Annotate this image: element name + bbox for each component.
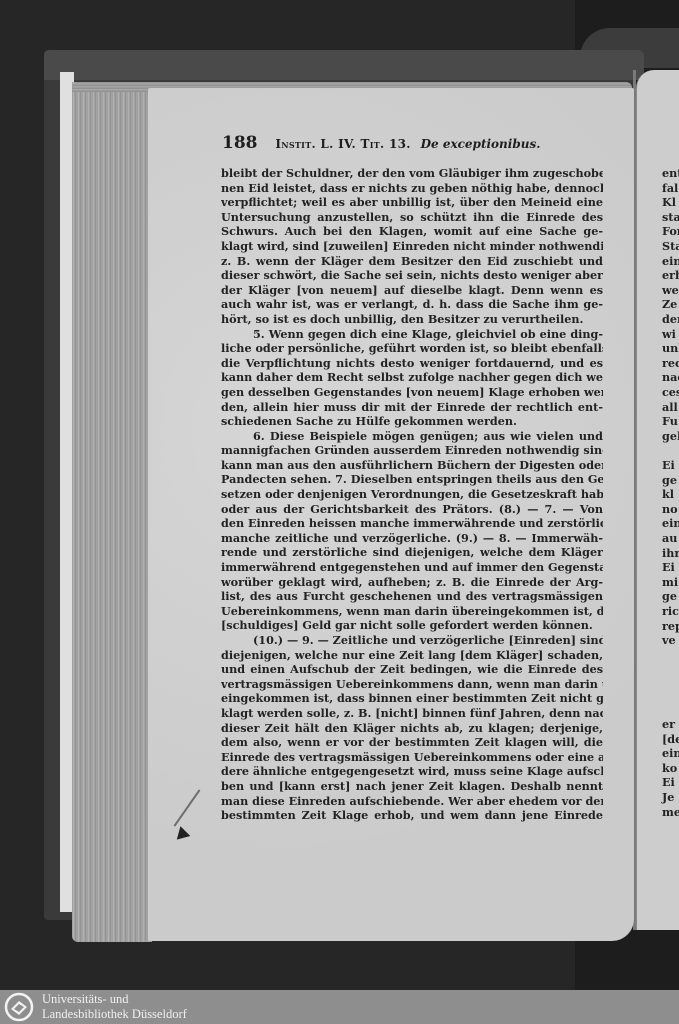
text-line: dere ähnliche entgegengesetzt wird, muss… (221, 764, 603, 779)
facing-text-fragment: geh (662, 429, 679, 444)
text-line: Einrede des vertragsmässigen Uebereinkom… (221, 750, 603, 765)
text-line: auch wahr ist, was er verlangt, d. h. da… (221, 297, 603, 312)
paragraph-start-6: 6. Diese Beispiele mögen genügen; aus wi… (221, 429, 603, 444)
running-head-title: De exceptionibus. (421, 137, 541, 151)
text-line: immerwährend entgegenstehen und auf imme… (221, 560, 603, 575)
text-line: der Kläger [von neuem] auf dieselbe klag… (221, 283, 603, 298)
facing-text-fragment: ric (662, 604, 679, 619)
text-line: verpflichtet; weil es aber unbillig ist,… (221, 195, 603, 210)
facing-text-fragment: er (662, 717, 679, 732)
facing-text-fragment: der (662, 312, 679, 327)
facing-text-fragment: For (662, 224, 679, 239)
text-line: list, des aus Furcht geschehenen und des… (221, 589, 603, 604)
text-line: vertragsmässigen Uebereinkommens dann, w… (221, 677, 603, 692)
facing-text-fragment: ent (662, 166, 679, 181)
text-line: worüber geklagt wird, aufheben; z. B. di… (221, 575, 603, 590)
text-line: kann man aus den ausführlichern Büchern … (221, 458, 603, 473)
facing-text-fragment: [de (662, 732, 679, 747)
text-line: Untersuchung anzustellen, so schützt ihn… (221, 210, 603, 225)
facing-text-fragment: ces (662, 385, 679, 400)
facing-text-fragment: Ei (662, 560, 679, 575)
facing-text-fragment: ge (662, 473, 679, 488)
facing-text-fragment: au (662, 531, 679, 546)
facing-text-fragment: all (662, 400, 679, 415)
facing-text-fragment: unl (662, 341, 679, 356)
text-line: liche oder persönliche, geführt worden i… (221, 341, 603, 356)
text-line: z. B. wenn der Kläger dem Besitzer den E… (221, 254, 603, 269)
page-number: 188 (222, 133, 258, 153)
text-line: oder aus der Gerichtsbarkeit des Prätors… (221, 502, 603, 517)
facing-page-text-block-2: Ei ge kl no ein au ihr Ei mi ge ric rep … (662, 458, 679, 648)
library-name-line1: Universitäts- und (42, 992, 187, 1007)
paragraph-start-5: 5. Wenn gegen dich eine Klage, gleichvie… (221, 327, 603, 342)
facing-text-fragment: no (662, 502, 679, 517)
text-line: Schwurs. Auch bei den Klagen, womit auf … (221, 224, 603, 239)
facing-text-fragment: nac (662, 370, 679, 385)
text-line: hört, so ist es doch unbillig, den Besit… (221, 312, 603, 327)
facing-text-fragment: ein (662, 746, 679, 761)
book-cover-top (44, 50, 644, 80)
text-line: manche zeitliche und verzögerliche. (9.)… (221, 531, 603, 546)
text-line: dieser Zeit hält den Kläger nichts ab, z… (221, 721, 603, 736)
running-head: Instit. L. IV. Tit. 13. (275, 137, 410, 151)
facing-text-fragment: mi (662, 575, 679, 590)
library-logo-icon (4, 992, 34, 1022)
facing-text-fragment: ein (662, 516, 679, 531)
text-line: schiedenen Sache zu Hülfe gekommen werde… (221, 414, 603, 429)
library-footer: Universitäts- und Landesbibliothek Düsse… (0, 990, 679, 1024)
facing-text-fragment: Sta (662, 239, 679, 254)
text-line: setzen oder denjenigen Verordnungen, die… (221, 487, 603, 502)
library-name: Universitäts- und Landesbibliothek Düsse… (42, 992, 187, 1022)
facing-text-fragment: fal (662, 181, 679, 196)
text-line: dieser schwört, die Sache sei sein, nich… (221, 268, 603, 283)
library-name-line2: Landesbibliothek Düsseldorf (42, 1007, 187, 1022)
text-line: klagt wird, sind [zuweilen] Einreden nic… (221, 239, 603, 254)
text-line: die Verpflichtung nichts desto weniger f… (221, 356, 603, 371)
facing-text-fragment: ge (662, 589, 679, 604)
text-line: mannigfachen Gründen ausserdem Einreden … (221, 443, 603, 458)
facing-text-fragment: rec (662, 356, 679, 371)
text-line: kann daher dem Recht selbst zufolge nach… (221, 370, 603, 385)
facing-text-fragment: Fu (662, 414, 679, 429)
text-line: Uebereinkommens, wenn man darin übereing… (221, 604, 603, 619)
facing-text-fragment: ihr (662, 546, 679, 561)
text-line: dem also, wenn er vor der bestimmten Zei… (221, 735, 603, 750)
text-line: bestimmten Zeit Klage erhob, und wem dan… (221, 808, 603, 823)
facing-text-fragment: Ei (662, 775, 679, 790)
facing-text-fragment: erh (662, 268, 679, 283)
text-line: bleibt der Schuldner, der den vom Gläubi… (221, 166, 603, 181)
facing-text-fragment: Ei (662, 458, 679, 473)
facing-text-fragment: kl (662, 487, 679, 502)
facing-text-fragment: ein (662, 254, 679, 269)
text-line: nen Eid leistet, dass er nichts zu geben… (221, 181, 603, 196)
facing-text-fragment: we (662, 283, 679, 298)
facing-text-fragment: Kl (662, 195, 679, 210)
text-line: rende und zerstörliche sind diejenigen, … (221, 545, 603, 560)
page-header: 188 Instit. L. IV. Tit. 13. De exception… (222, 133, 612, 153)
facing-text-fragment: wi (662, 327, 679, 342)
text-line: klagt werden solle, z. B. [nicht] binnen… (221, 706, 603, 721)
facing-text-fragment: me (662, 805, 679, 820)
facing-text-fragment: Ze (662, 297, 679, 312)
text-line: gen desselben Gegenstandes [von neuem] K… (221, 385, 603, 400)
text-line: diejenigen, welche nur eine Zeit lang [d… (221, 648, 603, 663)
text-line: man diese Einreden aufschiebende. Wer ab… (221, 794, 603, 809)
text-line: den Einreden heissen manche immerwährend… (221, 516, 603, 531)
facing-text-fragment: rep (662, 619, 679, 634)
facing-text-fragment: ko (662, 761, 679, 776)
page-body-text: bleibt der Schuldner, der den vom Gläubi… (221, 166, 603, 823)
facing-text-fragment: sta (662, 210, 679, 225)
text-line: ben und [kann erst] nach jener Zeit klag… (221, 779, 603, 794)
text-line: Pandecten sehen. 7. Dieselben entspringe… (221, 472, 603, 487)
facing-page-text-block-3: er [de ein ko Ei Je me (662, 717, 679, 819)
facing-page-text-block-1: ent fal Kl sta For Sta ein erh we Ze der… (662, 166, 679, 443)
facing-text-fragment: ve (662, 633, 679, 648)
page-edges-stack (72, 82, 152, 942)
text-line: [schuldiges] Geld gar nicht solle geford… (221, 618, 603, 633)
text-line: den, allein hier muss dir mit der Einred… (221, 400, 603, 415)
facing-text-fragment: Je (662, 790, 679, 805)
paragraph-start-10: (10.) — 9. — Zeitliche und verzögerliche… (221, 633, 603, 648)
text-line: und einen Aufschub der Zeit bedingen, wi… (221, 662, 603, 677)
text-line: eingekommen ist, dass binnen einer besti… (221, 691, 603, 706)
